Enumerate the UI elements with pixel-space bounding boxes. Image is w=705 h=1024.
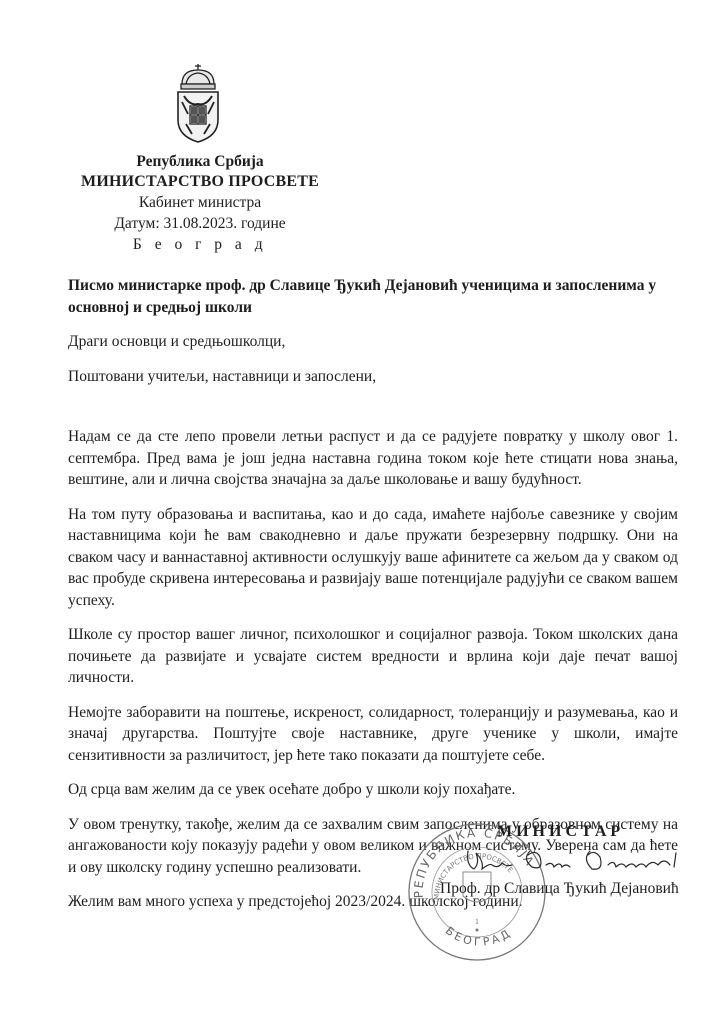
letterhead: Република Србија МИНИСТАРСТВО ПРОСВЕТЕ К…	[60, 152, 340, 256]
letter-title: Писмо министарке проф. др Славице Ђукић …	[68, 275, 678, 318]
letter-page: Република Србија МИНИСТАРСТВО ПРОСВЕТЕ К…	[0, 0, 705, 1024]
paragraph: Надам се да сте лепо провели летњи распу…	[68, 426, 678, 491]
paragraph: Немојте заборавити на поштење, искреност…	[68, 702, 678, 767]
paragraph: На том путу образовања и васпитања, као …	[68, 504, 678, 612]
coat-of-arms-icon	[172, 62, 224, 146]
letter-city: Б е о г р а д	[60, 234, 340, 256]
paragraph: Школе су простор вашег личног, психолошк…	[68, 624, 678, 689]
ministry-name: МИНИСТАРСТВО ПРОСВЕТЕ	[60, 171, 340, 192]
handwritten-signature	[462, 843, 692, 877]
paragraph: Од срца вам желим да се увек осећате доб…	[68, 779, 678, 801]
signatory-name: Проф. др Славица Ђукић Дејановић	[440, 880, 679, 898]
office-name: Кабинет министра	[60, 192, 340, 213]
letter-date: Датум: 31.08.2023. године	[60, 213, 340, 234]
spacer	[68, 400, 678, 426]
signature-role: МИНИСТАР	[497, 823, 624, 841]
svg-text:1: 1	[475, 917, 479, 926]
country-name: Република Србија	[60, 152, 340, 171]
greeting-students: Драги основци и средњошколци,	[68, 331, 678, 353]
greeting-staff: Поштовани учитељи, наставници и запослен…	[68, 366, 678, 388]
